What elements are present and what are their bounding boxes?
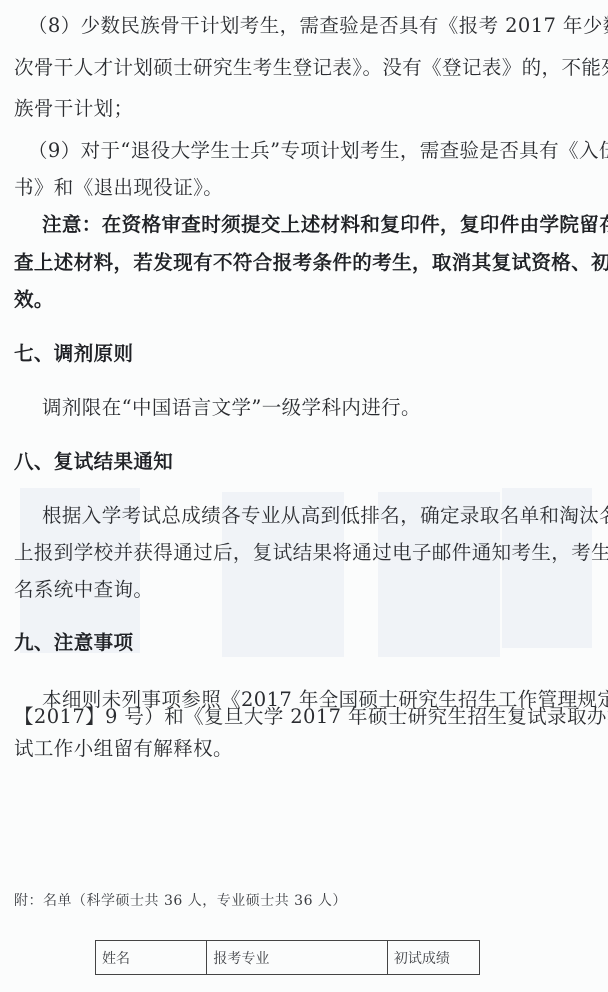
item9-line-2: 书》和《退出现役证》。	[14, 176, 594, 200]
section8-line-3: 名系统中查询。	[14, 578, 594, 602]
section9-line-3: 试工作小组留有解释权。	[14, 737, 594, 761]
candidate-list-table: 姓名 报考专业 初试成绩	[95, 940, 480, 975]
appendix-note: 附：名单（科学硕士共 36 人，专业硕士共 36 人）	[14, 890, 347, 910]
section8-line-1: 根据入学考试总成绩各专业从高到低排名，确定录取名单和淘汰名单，名单	[42, 504, 594, 528]
header-major: 报考专业	[207, 941, 387, 975]
section7-body: 调剂限在“中国语言文学”一级学科内进行。	[42, 396, 594, 420]
notice-line-2: 查上述材料，若发现有不符合报考条件的考生，取消其复试资格、初试成绩无	[14, 251, 594, 275]
header-initial-score: 初试成绩	[387, 941, 479, 975]
table-header-row: 姓名 报考专业 初试成绩	[96, 941, 480, 975]
header-name: 姓名	[96, 941, 207, 975]
section9-line-2: 【2017】9 号）和《复旦大学 2017 年硕士研究生招生复试录取办法》，本系…	[14, 705, 594, 729]
item9-line-1: （9）对于“退役大学生士兵”专项计划考生，需查验是否具有《入伍批准	[28, 139, 594, 163]
item8-line-1: （8）少数民族骨干计划考生，需查验是否具有《报考 2017 年少数民族高层	[28, 14, 594, 38]
item8-line-2: 次骨干人才计划硕士研究生考生登记表》。没有《登记表》的，不能列入少数民	[14, 56, 594, 80]
section7-heading: 七、调剂原则	[14, 342, 594, 366]
document-page: （8）少数民族骨干计划考生，需查验是否具有《报考 2017 年少数民族高层 次骨…	[0, 0, 608, 992]
notice-line-1: 注意：在资格审查时须提交上述材料和复印件，复印件由学院留存。经审	[42, 213, 594, 237]
item8-line-3: 族骨干计划；	[14, 97, 594, 121]
section8-line-2: 上报到学校并获得通过后，复试结果将通过电子邮件通知考生，考生也可以在报	[14, 541, 594, 565]
section9-heading: 九、注意事项	[14, 631, 594, 655]
notice-line-3: 效。	[14, 288, 594, 312]
section8-heading: 八、复试结果通知	[14, 450, 594, 474]
